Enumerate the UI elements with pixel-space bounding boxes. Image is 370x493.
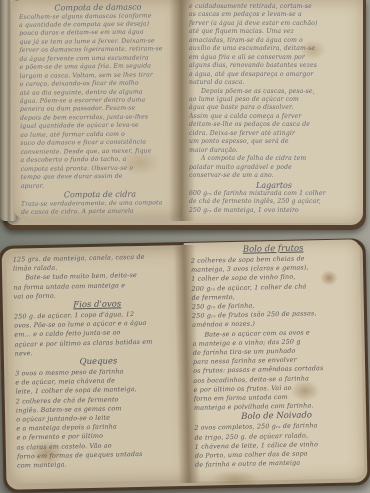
bottom-left-page: 125 grs. de manteiga, canela, casca deli… (6, 249, 189, 484)
handwritten-line: auxílio de uma escumadeira, deitam-se (189, 45, 359, 53)
handwritten-line: ao lume igual peso de açúcar com (189, 96, 359, 104)
handwritten-line: natural da casca. (189, 79, 359, 87)
handwritten-line: paladar muito agradável e pode (189, 164, 359, 172)
recipe-title: Lagartos (189, 181, 359, 191)
handwritten-line: deitam-se-lhe os pedaços de casca de (189, 121, 359, 129)
handwritten-line: amaciadas, tiram-se da água com o (189, 37, 359, 45)
handwritten-line: Assim que a calda começa a ferver (189, 113, 359, 121)
bottom-notebook: 125 grs. de manteiga, canela, casca deli… (0, 229, 370, 493)
top-right-page: e cuidadosamente retirada, cortam-seas c… (182, 0, 363, 223)
top-left-page: Compota de damascoEscolhem-se alguns dam… (12, 0, 183, 219)
handwritten-line: até que fiquem macias. Uma vez (189, 28, 359, 36)
top-right-page-text: e cuidadosamente retirada, cortam-seas c… (189, 3, 359, 220)
handwritten-line: em água fria e ali se conservam por (189, 54, 359, 62)
handwritten-line: conservar-se de um a ano. (189, 172, 359, 180)
handwritten-line: maior duração. (189, 147, 359, 155)
top-notebook: Compota de damascoEscolhem-se alguns dam… (0, 0, 370, 233)
handwritten-line: de casca de cidra. A parte amarela (21, 207, 179, 216)
handwritten-line: cidra. Deixa-se ferver até atingir (189, 130, 359, 138)
handwritten-line: as cascas em pedaços e levam-se a (189, 11, 359, 19)
top-notebook-center-seam (169, 0, 195, 221)
handwritten-line: 600 gᵣₛ de farinha misturada com 1 colhe… (189, 190, 359, 198)
top-left-page-text: Compota de damascoEscolhem-se alguns dam… (19, 2, 179, 216)
bottom-right-page-text: Bolo de frutos2 colheres de sopa bem che… (191, 242, 361, 478)
bottom-left-page-text: 125 grs. de manteiga, canela, casca deli… (13, 252, 185, 480)
bottom-right-page: Bolo de frutos2 colheres de sopa bem che… (183, 239, 364, 482)
handwritten-line: alguns dias, renovando bastantes vezes (189, 62, 359, 70)
handwritten-line: um ponto espesso, que será de (189, 138, 359, 146)
handwritten-line: Depois põem-se as cascas, pesa-se, (189, 88, 359, 96)
handwritten-line: água que baste para o dissolver. (189, 104, 359, 112)
handwritten-line: 250 gᵣₛ de manteiga, 1 ovo inteiro (189, 207, 359, 215)
handwritten-line: de chá de fermento inglês, 250 g açúcar, (189, 198, 359, 206)
handwritten-line: ferver (a água já deve estar em cachão) (189, 20, 359, 28)
handwritten-line: a água, até que desapareça o amargor (189, 71, 359, 79)
handwritten-line: e cuidadosamente retirada, cortam-se (189, 3, 359, 11)
handwritten-line: A compota de folha de cidra tem (189, 155, 359, 163)
